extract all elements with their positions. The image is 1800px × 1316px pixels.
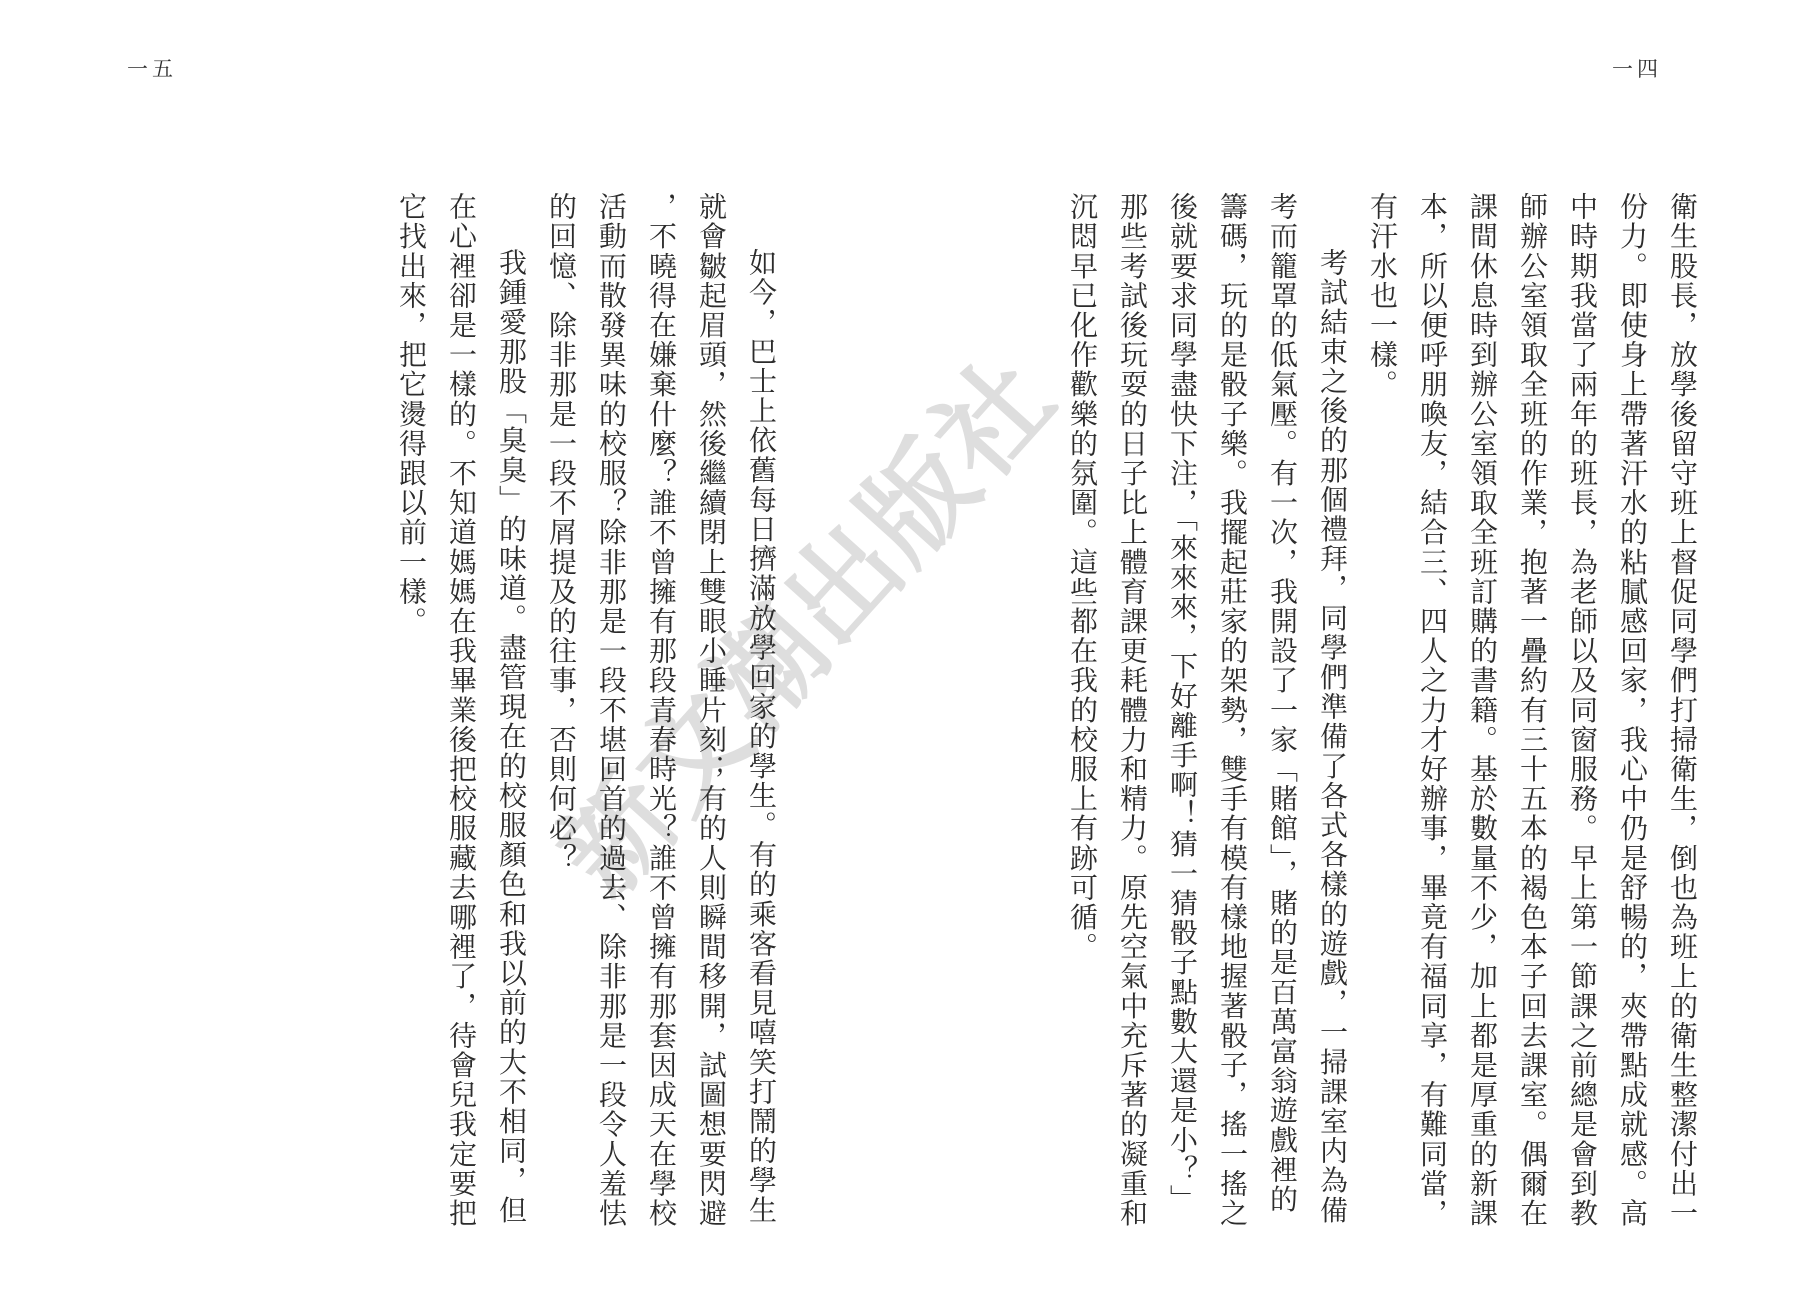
right-page-text-block: 衛生股長，放學後留守班上督促同學們打掃衛生，倒也為班上的衛生整潔付出一份力。即使… bbox=[1056, 192, 1706, 1230]
page-number-left: 一五 bbox=[127, 53, 177, 83]
page-number-right: 一四 bbox=[1612, 53, 1662, 83]
paragraph: 衛生股長，放學後留守班上督促同學們打掃衛生，倒也為班上的衛生整潔付出一份力。即使… bbox=[1356, 192, 1706, 1230]
left-page-text-block: 如今，巴士上依舊每日擠滿放學回家的學生。有的乘客看見嘻笑打鬧的學生就會皺起眉頭，… bbox=[385, 192, 785, 1230]
paragraph: 考試結束之後的那個禮拜，同學們準備了各式各樣的遊戲，一掃課室内為備考而籠罩的低氣… bbox=[1056, 192, 1356, 1230]
book-spread: 新文潮出版社 一四 一五 衛生股長，放學後留守班上督促同學們打掃衛生，倒也為班上… bbox=[0, 0, 1800, 1316]
paragraph: 我鍾愛那股「臭臭」的味道。盡管現在的校服顏色和我以前的大不相同，但在心裡卻是一樣… bbox=[385, 192, 535, 1230]
paragraph: 如今，巴士上依舊每日擠滿放學回家的學生。有的乘客看見嘻笑打鬧的學生就會皺起眉頭，… bbox=[535, 192, 785, 1230]
